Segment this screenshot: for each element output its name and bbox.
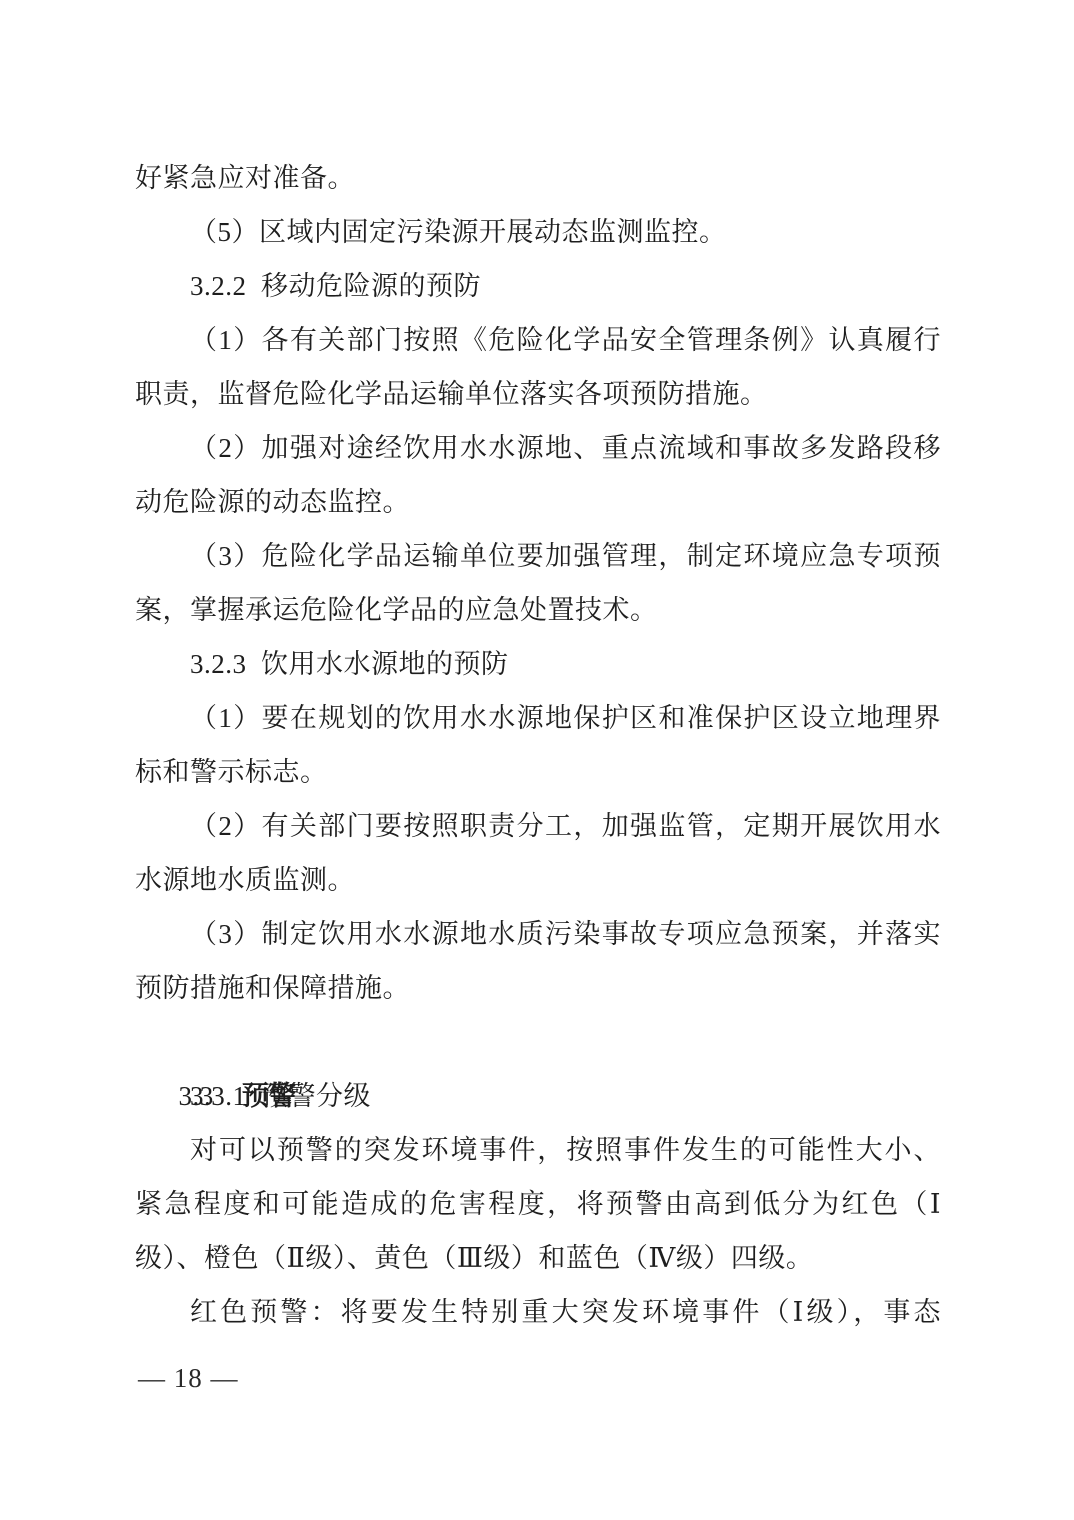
text-line: （2）有关部门要按照职责分工，加强监管，定期开展饮用水 [135,799,941,853]
section-heading-3-2-3: 3.2.3 饮用水水源地的预防 [135,637,941,691]
section-heading-3-2-2: 3.2.2 移动危险源的预防 [135,259,941,313]
text-line: 职责，监督危险化学品运输单位落实各项预防措施。 [135,367,941,421]
text-line: （1）要在规划的饮用水水源地保护区和准保护区设立地理界 [135,691,941,745]
text-line: （1）各有关部门按照《危险化学品安全管理条例》认真履行 [135,313,941,367]
document-body: 好紧急应对准备。 （5）区域内固定污染源开展动态监测监控。 3.2.2 移动危险… [135,151,941,1339]
text-line: 动危险源的动态监控。 [135,475,941,529]
text-line: 红色预警：将要发生特别重大突发环境事件（Ⅰ级），事态 [135,1285,941,1339]
text-line: （3）危险化学品运输单位要加强管理，制定环境应急专项预 [135,529,941,583]
document-page: 好紧急应对准备。 （5）区域内固定污染源开展动态监测监控。 3.2.2 移动危险… [0,0,1074,1520]
text-line: 水源地水质监测。 [135,853,941,907]
text-line: 级）、橙色（Ⅱ级）、黄色（Ⅲ级）和蓝色（Ⅳ级）四级。 [135,1231,941,1285]
text-line: 紧急程度和可能造成的危害程度，将预警由高到低分为红色（Ⅰ [135,1177,941,1231]
text-line: 好紧急应对准备。 [135,151,941,205]
section-heading-3-3-1: 3.3.1 预警分级 [135,1069,941,1123]
text-line: 标和警示标志。 [135,745,941,799]
text-line: （5）区域内固定污染源开展动态监测监控。 [135,205,941,259]
text-line: 案，掌握承运危险化学品的应急处置技术。 [135,583,941,637]
section-heading-3-3: 3.3预警 [135,1015,941,1069]
text-line: （2）加强对途经饮用水水源地、重点流域和事故多发路段移 [135,421,941,475]
page-number: — 18 — [138,1351,239,1405]
text-line: （3）制定饮用水水源地水质污染事故专项应急预案，并落实 [135,907,941,961]
text-line: 预防措施和保障措施。 [135,961,941,1015]
text-line: 对可以预警的突发环境事件，按照事件发生的可能性大小、 [135,1123,941,1177]
